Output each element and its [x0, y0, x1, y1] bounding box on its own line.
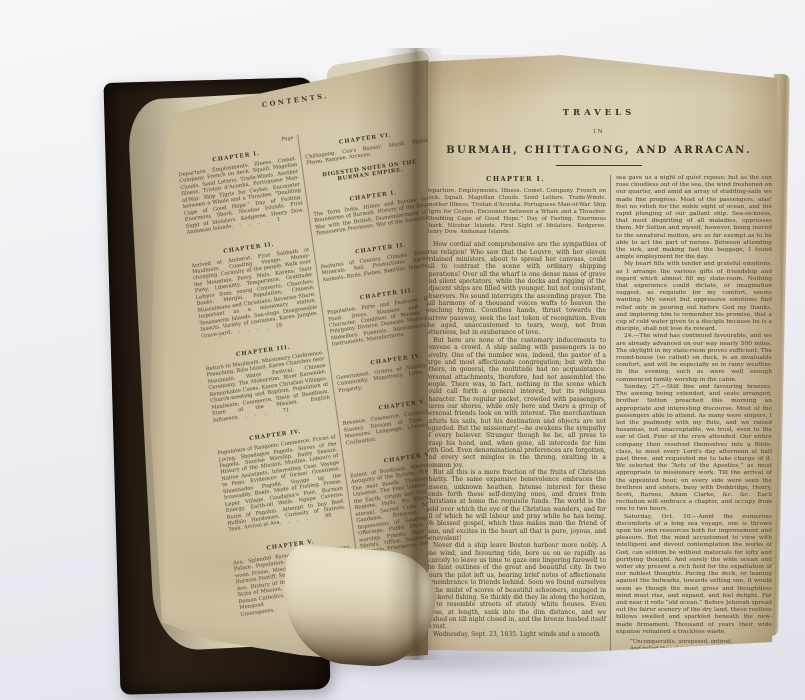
body-paragraph: sea gave us a night of quiet repose; but…	[616, 175, 772, 261]
book-title-line2: IN	[425, 129, 773, 135]
right-page: TRAVELS IN BURMAH, CHITTAGONG, AND ARRAC…	[415, 50, 783, 655]
book-title-line1: TRAVELS	[425, 108, 773, 118]
body-paragraph: But here are none of the customary induc…	[425, 337, 606, 469]
body-paragraph: But all this is a mere fraction of the f…	[425, 469, 606, 542]
body-paragraph: My heart fills with tender and grateful …	[616, 261, 772, 333]
contents-section: CHAPTER I. Page Departure. Employments. …	[175, 135, 305, 236]
page-column-label: Page	[281, 135, 294, 143]
contents-section: CHAPTER II. Arrived at Amherst. First Sa…	[188, 226, 320, 340]
body-paragraph: Never did a ship leave Boston harbour mo…	[425, 542, 606, 630]
body-paragraph: 24.—The wind has continued favourable, a…	[616, 333, 772, 383]
contents-section: CHAPTER IV. Population of Rangoon; Comme…	[214, 413, 346, 533]
body-paragraph: Wednesday, Sept. 23, 1835. Light winds a…	[425, 631, 606, 638]
book-photo-scene: TRAVELS IN BURMAH, CHITTAGONG, AND ARRAC…	[0, 0, 805, 700]
right-page-columns: CHAPTER I. Departure. Employments. Illne…	[425, 175, 773, 659]
chapter-summary: Departure. Employments. Illness. Comet. …	[425, 188, 606, 236]
body-paragraph: Saturday, Oct. 10.—Amid the numerous dis…	[616, 514, 772, 636]
contents-section: CHAPTER III. Return to Maulmain. Mission…	[203, 329, 332, 424]
right-page-column-2: sea gave us a night of quiet repose; but…	[611, 175, 772, 659]
book-title-line3: BURMAH, CHITTAGONG, AND ARRACAN.	[425, 145, 773, 156]
body-paragraph: Sunday, 27.—Still fine and favouring bre…	[616, 384, 772, 514]
title-rule	[556, 165, 642, 166]
right-page-column-1: CHAPTER I. Departure. Employments. Illne…	[425, 175, 610, 638]
chapter-heading: CHAPTER I.	[425, 175, 606, 183]
body-paragraph: How cordial and comprehensive are the sy…	[425, 241, 606, 336]
right-page-text: TRAVELS IN BURMAH, CHITTAGONG, AND ARRAC…	[425, 62, 773, 659]
